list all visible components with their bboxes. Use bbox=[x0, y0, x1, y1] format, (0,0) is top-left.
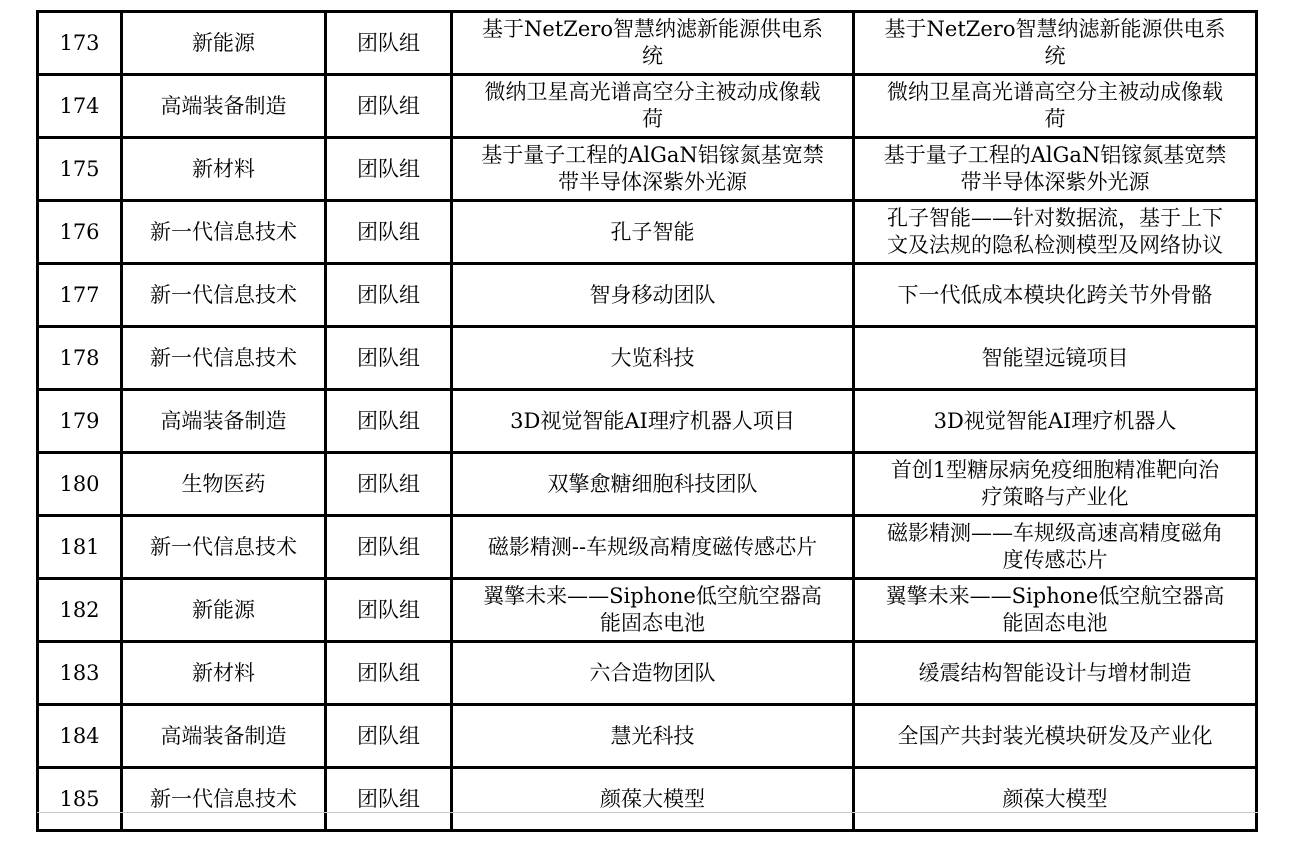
table-row: 177新一代信息技术团队组智身移动团队下一代低成本模块化跨关节外骨骼 bbox=[38, 264, 1257, 327]
cell-group-type: 团队组 bbox=[326, 201, 452, 264]
cell-number: 174 bbox=[38, 75, 122, 138]
cell-group-type: 团队组 bbox=[326, 264, 452, 327]
cell-number: 180 bbox=[38, 453, 122, 516]
cell-number: 181 bbox=[38, 516, 122, 579]
cell-project-name: 智能望远镜项目 bbox=[854, 327, 1257, 390]
cell-project-name: 首创1型糖尿病免疫细胞精准靶向治 疗策略与产业化 bbox=[854, 453, 1257, 516]
cell-project-name: 翼擎未来——Siphone低空航空器高 能固态电池 bbox=[854, 579, 1257, 642]
cell-team-name: 颜葆大模型 bbox=[452, 768, 854, 831]
cell-industry-category: 新一代信息技术 bbox=[122, 516, 326, 579]
table-row: 179高端装备制造团队组3D视觉智能AI理疗机器人项目3D视觉智能AI理疗机器人 bbox=[38, 390, 1257, 453]
cell-industry-category: 高端装备制造 bbox=[122, 705, 326, 768]
cell-industry-category: 新一代信息技术 bbox=[122, 768, 326, 831]
cell-number: 184 bbox=[38, 705, 122, 768]
cell-team-name: 大览科技 bbox=[452, 327, 854, 390]
cell-number: 179 bbox=[38, 390, 122, 453]
table-row: 173新能源团队组基于NetZero智慧纳滤新能源供电系 统基于NetZero智… bbox=[38, 12, 1257, 75]
cell-group-type: 团队组 bbox=[326, 12, 452, 75]
cell-group-type: 团队组 bbox=[326, 642, 452, 705]
cell-group-type: 团队组 bbox=[326, 327, 452, 390]
table-row: 182新能源团队组翼擎未来——Siphone低空航空器高 能固态电池翼擎未来——… bbox=[38, 579, 1257, 642]
cell-industry-category: 新材料 bbox=[122, 138, 326, 201]
cell-team-name: 双擎愈糖细胞科技团队 bbox=[452, 453, 854, 516]
table-row: 174高端装备制造团队组微纳卫星高光谱高空分主被动成像载 荷微纳卫星高光谱高空分… bbox=[38, 75, 1257, 138]
cell-team-name: 微纳卫星高光谱高空分主被动成像载 荷 bbox=[452, 75, 854, 138]
cell-industry-category: 新能源 bbox=[122, 12, 326, 75]
cell-number: 175 bbox=[38, 138, 122, 201]
cell-number: 176 bbox=[38, 201, 122, 264]
cell-team-name: 基于NetZero智慧纳滤新能源供电系 统 bbox=[452, 12, 854, 75]
cell-industry-category: 新能源 bbox=[122, 579, 326, 642]
cell-team-name: 智身移动团队 bbox=[452, 264, 854, 327]
cell-project-name: 3D视觉智能AI理疗机器人 bbox=[854, 390, 1257, 453]
table-row: 180生物医药团队组双擎愈糖细胞科技团队首创1型糖尿病免疫细胞精准靶向治 疗策略… bbox=[38, 453, 1257, 516]
cell-industry-category: 生物医药 bbox=[122, 453, 326, 516]
table-row: 175新材料团队组基于量子工程的AlGaN铝镓氮基宽禁 带半导体深紫外光源基于量… bbox=[38, 138, 1257, 201]
cell-project-name: 孔子智能——针对数据流，基于上下 文及法规的隐私检测模型及网络协议 bbox=[854, 201, 1257, 264]
cell-project-name: 全国产共封装光模块研发及产业化 bbox=[854, 705, 1257, 768]
cell-team-name: 六合造物团队 bbox=[452, 642, 854, 705]
cell-project-name: 磁影精测——车规级高速高精度磁角 度传感芯片 bbox=[854, 516, 1257, 579]
table-row: 176新一代信息技术团队组孔子智能孔子智能——针对数据流，基于上下 文及法规的隐… bbox=[38, 201, 1257, 264]
cell-project-name: 颜葆大模型 bbox=[854, 768, 1257, 831]
cell-group-type: 团队组 bbox=[326, 138, 452, 201]
cell-team-name: 慧光科技 bbox=[452, 705, 854, 768]
cell-project-name: 基于量子工程的AlGaN铝镓氮基宽禁 带半导体深紫外光源 bbox=[854, 138, 1257, 201]
cell-number: 182 bbox=[38, 579, 122, 642]
cell-project-name: 缓震结构智能设计与增材制造 bbox=[854, 642, 1257, 705]
cell-number: 183 bbox=[38, 642, 122, 705]
cell-group-type: 团队组 bbox=[326, 75, 452, 138]
cell-group-type: 团队组 bbox=[326, 390, 452, 453]
cell-team-name: 3D视觉智能AI理疗机器人项目 bbox=[452, 390, 854, 453]
cell-team-name: 孔子智能 bbox=[452, 201, 854, 264]
cell-group-type: 团队组 bbox=[326, 705, 452, 768]
cell-project-name: 微纳卫星高光谱高空分主被动成像载 荷 bbox=[854, 75, 1257, 138]
table-body: 173新能源团队组基于NetZero智慧纳滤新能源供电系 统基于NetZero智… bbox=[38, 12, 1257, 831]
table-row: 178新一代信息技术团队组大览科技智能望远镜项目 bbox=[38, 327, 1257, 390]
table-row: 185新一代信息技术团队组颜葆大模型颜葆大模型 bbox=[38, 768, 1257, 831]
cell-industry-category: 高端装备制造 bbox=[122, 390, 326, 453]
cell-project-name: 下一代低成本模块化跨关节外骨骼 bbox=[854, 264, 1257, 327]
table-row: 181新一代信息技术团队组磁影精测--车规级高精度磁传感芯片磁影精测——车规级高… bbox=[38, 516, 1257, 579]
table-row: 184高端装备制造团队组慧光科技全国产共封装光模块研发及产业化 bbox=[38, 705, 1257, 768]
cell-number: 185 bbox=[38, 768, 122, 831]
cell-number: 178 bbox=[38, 327, 122, 390]
cell-team-name: 磁影精测--车规级高精度磁传感芯片 bbox=[452, 516, 854, 579]
cell-group-type: 团队组 bbox=[326, 516, 452, 579]
table-row: 183新材料团队组六合造物团队缓震结构智能设计与增材制造 bbox=[38, 642, 1257, 705]
competition-entries-table: 173新能源团队组基于NetZero智慧纳滤新能源供电系 统基于NetZero智… bbox=[36, 10, 1258, 832]
cell-industry-category: 新一代信息技术 bbox=[122, 264, 326, 327]
cell-industry-category: 高端装备制造 bbox=[122, 75, 326, 138]
cell-group-type: 团队组 bbox=[326, 579, 452, 642]
cell-group-type: 团队组 bbox=[326, 768, 452, 831]
cell-project-name: 基于NetZero智慧纳滤新能源供电系 统 bbox=[854, 12, 1257, 75]
cell-number: 177 bbox=[38, 264, 122, 327]
cell-industry-category: 新一代信息技术 bbox=[122, 327, 326, 390]
cell-industry-category: 新一代信息技术 bbox=[122, 201, 326, 264]
cell-group-type: 团队组 bbox=[326, 453, 452, 516]
document-page: 173新能源团队组基于NetZero智慧纳滤新能源供电系 统基于NetZero智… bbox=[0, 0, 1298, 864]
cell-team-name: 基于量子工程的AlGaN铝镓氮基宽禁 带半导体深紫外光源 bbox=[452, 138, 854, 201]
page-edge-line bbox=[37, 812, 1258, 813]
cell-number: 173 bbox=[38, 12, 122, 75]
cell-industry-category: 新材料 bbox=[122, 642, 326, 705]
cell-team-name: 翼擎未来——Siphone低空航空器高 能固态电池 bbox=[452, 579, 854, 642]
